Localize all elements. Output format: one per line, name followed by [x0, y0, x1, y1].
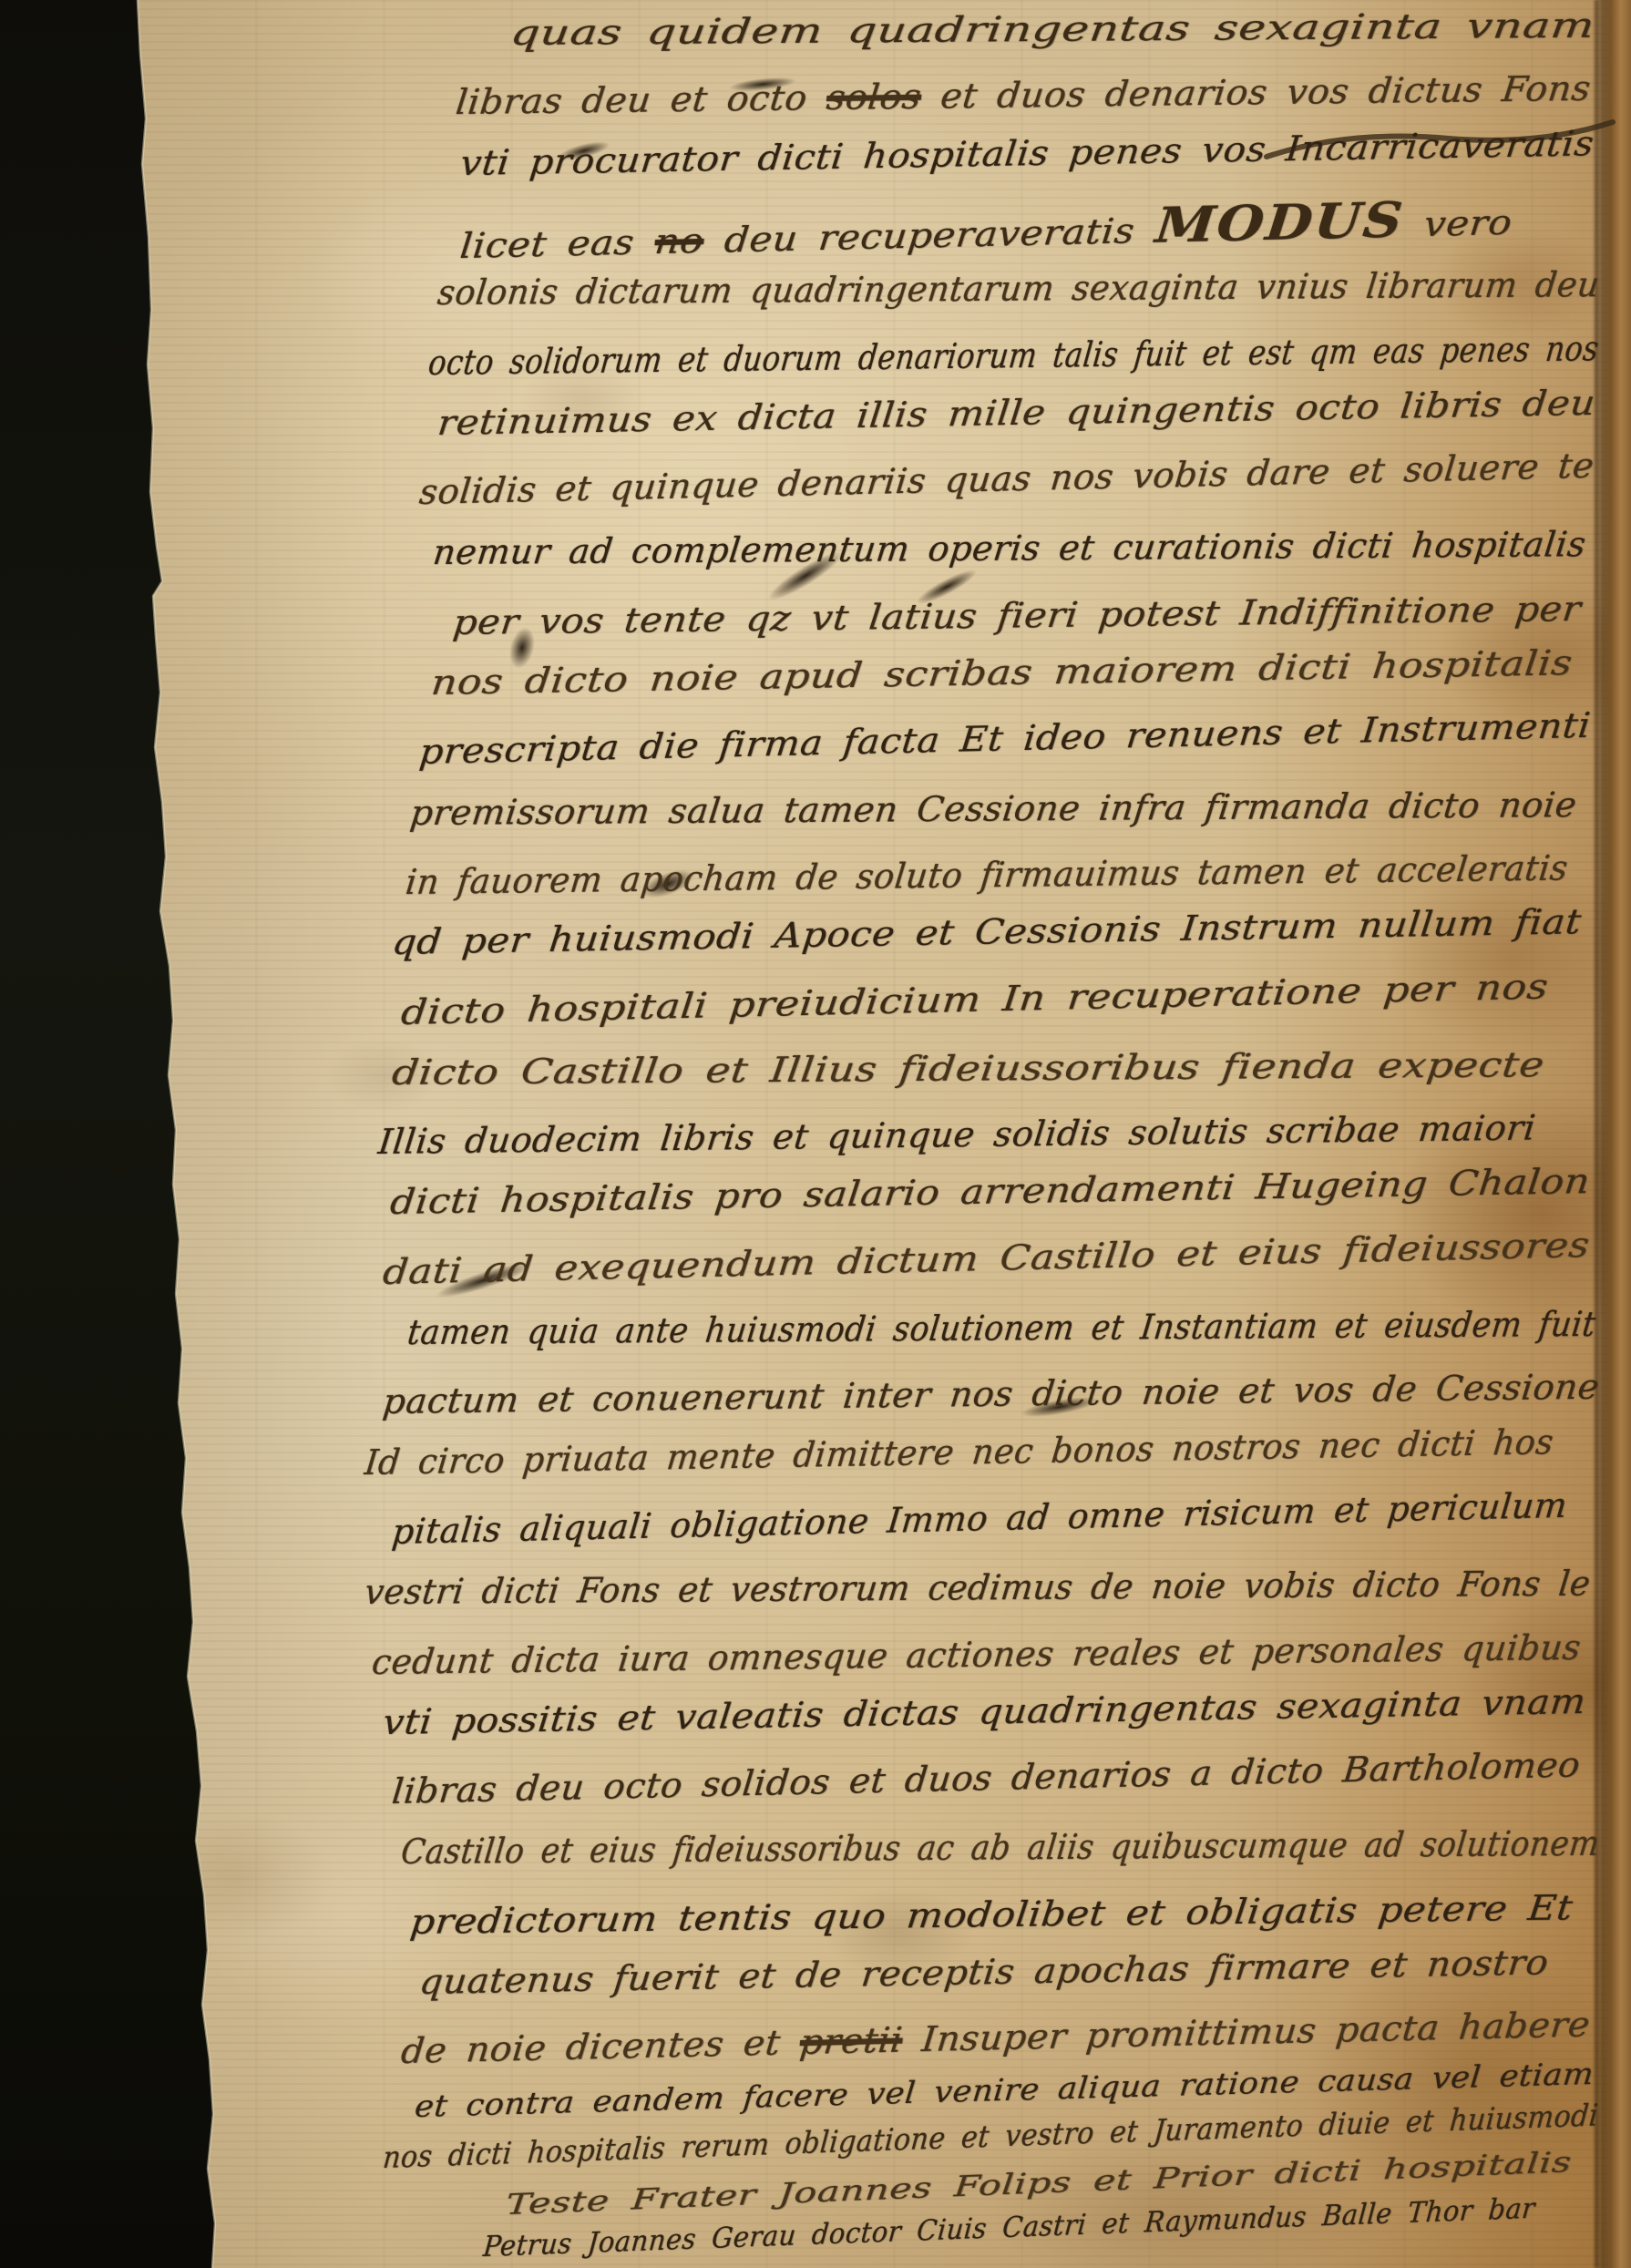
manuscript-line: prescripta die firma facta Et ideo renue… — [417, 705, 1593, 772]
manuscript-line: vti possitis et valeatis dictas quadring… — [381, 1681, 1588, 1742]
manuscript-line: Id circo priuata mente dimittere nec bon… — [363, 1421, 1555, 1483]
manuscript-line: tamen quia ante huiusmodi solutionem et … — [405, 1304, 1598, 1352]
manuscript-line: solonis dictarum quadringentarum sexagin… — [436, 264, 1602, 313]
manuscript-line: vti procurator dicti hospitalis penes vo… — [458, 123, 1595, 183]
manuscript-line: libras deu et octo solos et duos denario… — [454, 68, 1593, 122]
manuscript-line: Castillo et eius fideiussoribus ac ab al… — [399, 1823, 1602, 1872]
manuscript-line: octo solidorum et duorum denariorum tali… — [426, 328, 1601, 383]
manuscript-line: pitalis aliquali obligatione Immo ad omn… — [390, 1485, 1569, 1552]
manuscript-line: vestri dicti Fons et vestrorum cedimus d… — [363, 1564, 1593, 1612]
manuscript-line: cedunt dicta iura omnesque actiones real… — [370, 1627, 1583, 1682]
manuscript-line: solidis et quinque denariis quas nos vob… — [417, 446, 1595, 512]
manuscript-line: libras deu octo solidos et duos denarios… — [390, 1744, 1582, 1811]
manuscript-line: quatenus fuerit et de receptis apochas f… — [417, 1942, 1551, 2002]
manuscript-line: nos dicto noie apud scribas maiorem dict… — [429, 642, 1575, 703]
manuscript-line: dicto hospitali preiudicium In recuperat… — [399, 966, 1550, 1032]
manuscript-line: licet eas no deu recuperaveratis MODUS v… — [457, 189, 1515, 270]
manuscript-line: quas quidem quadringentas sexaginta vnam — [508, 5, 1597, 53]
manuscript-line: retinuimus ex dicta illis mille quingent… — [436, 383, 1597, 443]
manuscript-line: premissorum salua tamen Cessione infra f… — [408, 785, 1579, 833]
manuscript-line: in fauorem apocham de soluto firmauimus … — [404, 847, 1570, 902]
manuscript-line: nemur ad complementum operis et curation… — [431, 524, 1588, 572]
manuscript-line: dicti hospitalis pro salario arrendament… — [388, 1161, 1592, 1222]
manuscript-line: dati ad exequendum dictum Castillo et ei… — [381, 1225, 1592, 1292]
manuscript-line: qd per huiusmodi Apoce et Cessionis Inst… — [390, 901, 1584, 962]
manuscript-line: dicto Castillo et Illius fideiussoribus … — [390, 1044, 1546, 1093]
manuscript-line: pactum et conuenerunt inter nos dicto no… — [381, 1367, 1602, 1421]
manuscript-line: predictorum tentis quo modolibet et obli… — [408, 1887, 1575, 1942]
manuscript-page: quas quidem quadringentas sexaginta vnam… — [0, 0, 1631, 2268]
text-layer: quas quidem quadringentas sexaginta vnam… — [0, 0, 1631, 2268]
manuscript-line: per vos tente qz vt latius fieri potest … — [451, 589, 1583, 642]
manuscript-line: Illis duodecim libris et quinque solidis… — [376, 1107, 1538, 1162]
